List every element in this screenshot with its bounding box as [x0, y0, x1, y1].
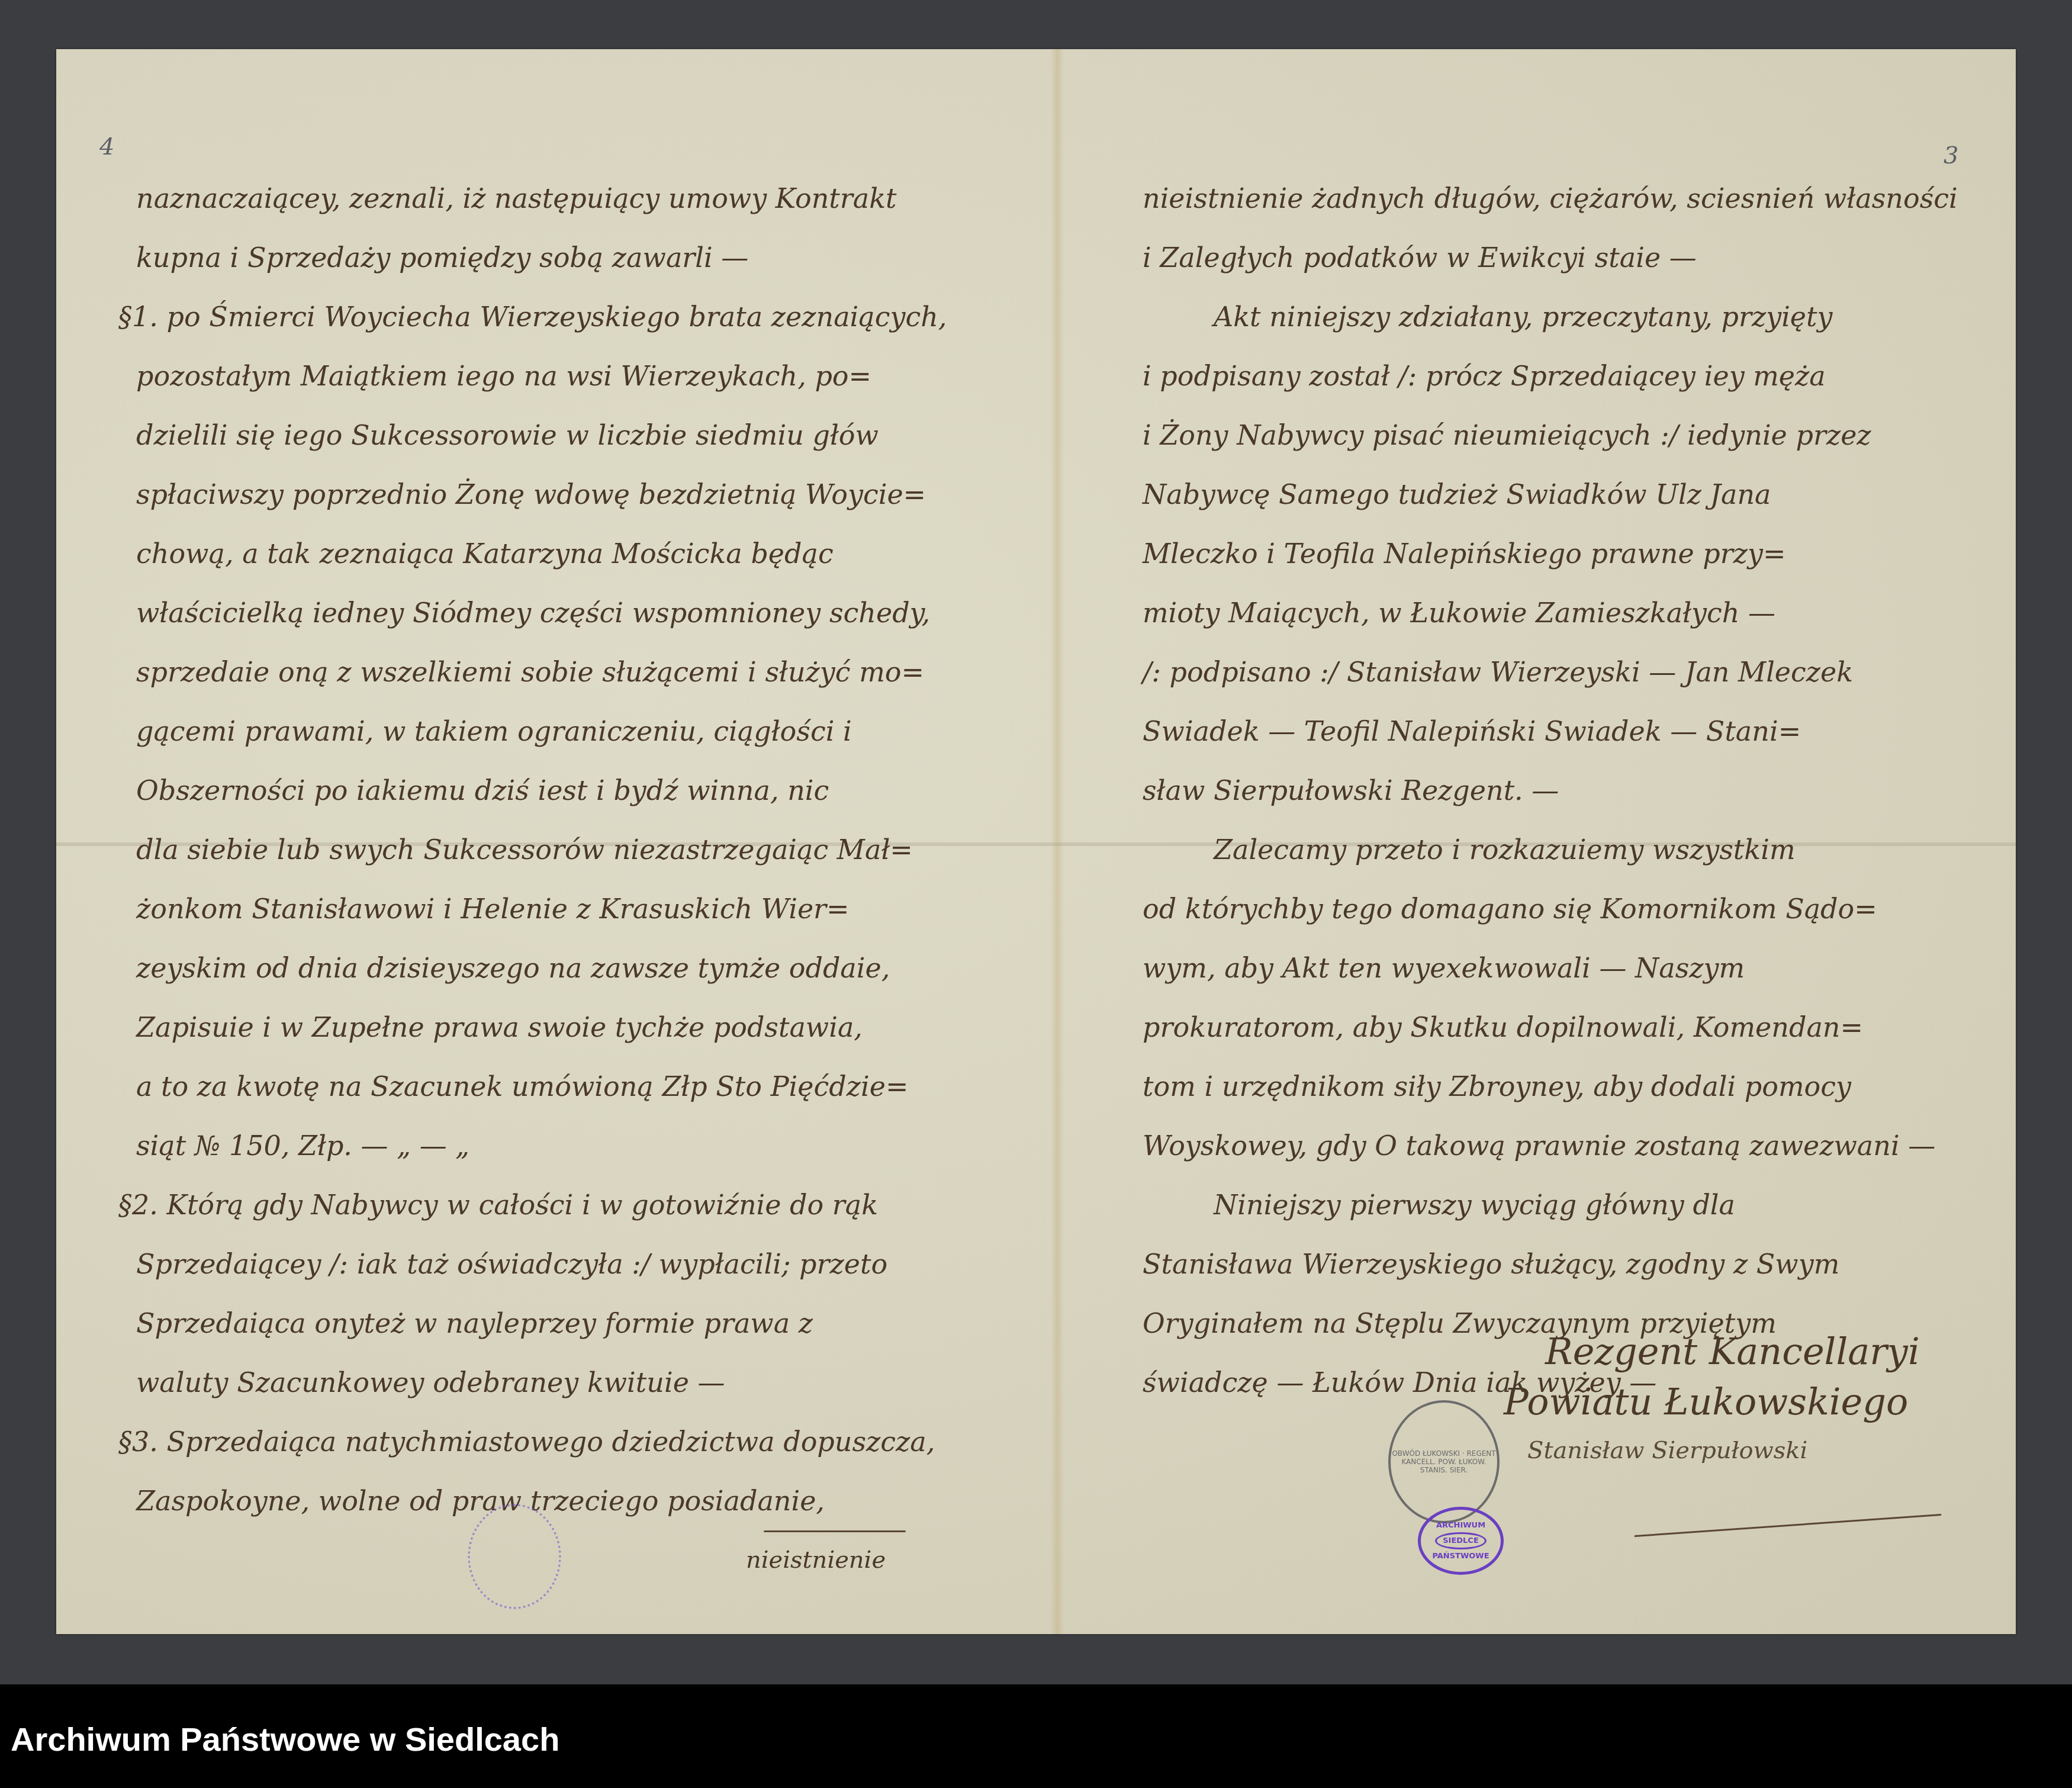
archive-stamp-center: SIEDLCE [1435, 1532, 1487, 1549]
text-line: naznaczaiącey, zeznali, iż następuiący u… [136, 169, 1000, 228]
text-line: siąt № 150, Złp. — „ — „ [136, 1116, 1000, 1175]
text-line: Zalecamy przeto i rozkazuiemy wszystkim [1143, 820, 1977, 879]
text-line: żonkom Stanisławowi i Helenie z Krasuski… [136, 879, 1000, 938]
text-line: Niniejszy pierwszy wyciąg główny dla [1143, 1175, 1977, 1234]
archive-caption: Archiwum Państwowe w Siedlcach [11, 1720, 559, 1758]
flourish-left [764, 1530, 906, 1532]
text-line: waluty Szacunkowey odebraney kwituie — [136, 1353, 1000, 1412]
text-line: Zaspokoyne, wolne od praw trzeciego posi… [136, 1471, 1000, 1530]
text-line: /: podpisano :/ Stanisław Wierzeyski — J… [1143, 642, 1977, 702]
text-line: Mleczko i Teofila Nalepińskiego prawne p… [1143, 524, 1977, 583]
text-line: chową, a tak zeznaiąca Katarzyna Mościck… [136, 524, 1000, 583]
text-line: zeyskim od dnia dzisieyszego na zawsze t… [136, 938, 1000, 998]
signature-name: Stanisław Sierpułowski [1504, 1427, 1920, 1474]
text-line: dla siebie lub swych Sukcessorów niezast… [136, 820, 1000, 879]
text-line: Swiadek — Teofil Nalepiński Swiadek — St… [1143, 702, 1977, 761]
text-line: spłaciwszy poprzednio Żonę wdowę bezdzie… [136, 465, 1000, 524]
text-line: Woyskowey, gdy O takową prawnie zostaną … [1143, 1116, 1977, 1175]
text-line: Sprzedaiącey /: iak taż oświadczyła :/ w… [136, 1234, 1000, 1294]
text-line: i Zaległych podatków w Ewikcyi staie — [1143, 228, 1977, 287]
archive-stamp-top: ARCHIWUM [1436, 1521, 1485, 1530]
text-line: Zapisuie i w Zupełne prawa swoie tychże … [136, 998, 1000, 1057]
text-line: nieistnienie żadnych długów, ciężarów, s… [1143, 169, 1977, 228]
text-line: pozostałym Maiątkiem iego na wsi Wierzey… [136, 346, 1000, 406]
text-line: sprzedaie oną z wszelkiemi sobie służące… [136, 642, 1000, 702]
archive-stamp: ARCHIWUM SIEDLCE PAŃSTWOWE [1418, 1507, 1504, 1575]
text-line: mioty Maiących, w Łukowie Zamieszkałych … [1143, 583, 1977, 642]
text-line: Sprzedaiąca onyteż w nayleprzey formie p… [136, 1294, 1000, 1353]
left-page-text: naznaczaiącey, zeznali, iż następuiący u… [136, 169, 1000, 1590]
faded-archive-stamp [468, 1504, 561, 1609]
page-number-right: 3 [1944, 142, 1958, 169]
text-line: dzielili się iego Sukcessorowie w liczbi… [136, 406, 1000, 465]
signature-title-1: Rezgent Kancellaryi [1504, 1326, 1920, 1377]
text-line: §3. Sprzedaiąca natychmiastowego dziedzi… [118, 1412, 1000, 1471]
text-line: i Żony Nabywcy pisać nieumieiących :/ ie… [1143, 406, 1977, 465]
text-line: Obszerności po iakiemu dziś iest i bydź … [136, 761, 1000, 820]
text-line: sław Sierpułowski Rezgent. — [1143, 761, 1977, 820]
catchword: nieistnienie [136, 1530, 1000, 1590]
archive-stamp-bottom: PAŃSTWOWE [1432, 1552, 1489, 1561]
right-page-text: nieistnienie żadnych długów, ciężarów, s… [1143, 169, 1977, 1412]
text-line: Akt niniejszy zdziałany, przeczytany, pr… [1143, 287, 1977, 346]
page-number-left: 4 [99, 133, 114, 160]
signature-title-2: Powiatu Łukowskiego [1504, 1377, 1920, 1427]
text-line: Nabywcę Samego tudzież Swiadków Ulz Jana [1143, 465, 1977, 524]
text-line: tom i urzędnikom siły Zbroyney, aby doda… [1143, 1057, 1977, 1116]
text-line: prokuratorom, aby Skutku dopilnowali, Ko… [1143, 998, 1977, 1057]
text-line: właścicielką iedney Siódmey części wspom… [136, 583, 1000, 642]
text-line: §1. po Śmierci Woyciecha Wierzeyskiego b… [118, 287, 1000, 346]
text-line: §2. Którą gdy Nabywcy w całości i w goto… [118, 1175, 1000, 1234]
text-line: i podpisany został /: prócz Sprzedaiącey… [1143, 346, 1977, 406]
vertical-fold [1051, 49, 1064, 1634]
seal-text: OBWÓD ŁUKOWSKI · REGENT KANCELL. POW. ŁU… [1391, 1449, 1497, 1474]
text-line: a to za kwotę na Szacunek umówioną Złp S… [136, 1057, 1000, 1116]
signature-block: Rezgent Kancellaryi Powiatu Łukowskiego … [1504, 1326, 1920, 1474]
text-line: gącemi prawami, w takiem ograniczeniu, c… [136, 702, 1000, 761]
official-seal-stamp: OBWÓD ŁUKOWSKI · REGENT KANCELL. POW. ŁU… [1388, 1400, 1500, 1523]
text-line: Stanisława Wierzeyskiego służący, zgodny… [1143, 1234, 1977, 1294]
text-line: wym, aby Akt ten wyexekwowali — Naszym [1143, 938, 1977, 998]
text-line: kupna i Sprzedaży pomiędzy sobą zawarli … [136, 228, 1000, 287]
text-line: od którychby tego domagano się Komorniko… [1143, 879, 1977, 938]
